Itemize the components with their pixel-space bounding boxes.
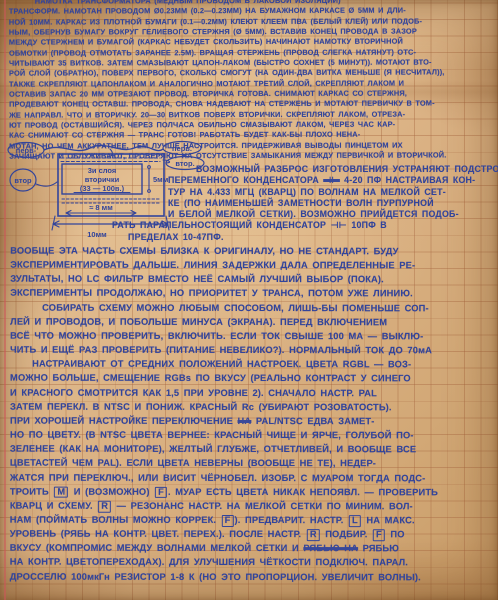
handwritten-line: ЧИТЬ И ЕЩЁ РАЗ ПРОВЕРИТЬ (ПИТАНИЕ НЕВЕЛИ…	[10, 343, 497, 358]
handwritten-line: РОЙ СЛОЙ (ОБРАТНО), ПОВЕРХ ПЕРВОГО, СКОЛ…	[9, 68, 498, 80]
crossed-out-text: РЯБЬЮ НА	[303, 543, 358, 553]
handwritten-line: НАМ (ПОЙМАТЬ ВОЛНЫ МОЖНО КОРРЕК. F). ПРЕ…	[10, 513, 497, 528]
paragraph-capacitor-tuning: ВОЗМОЖНЫЙ РАЗБРОС ИЗГОТОВЛЕНИЯ УСТРАНЯЮТ…	[112, 164, 498, 243]
handwritten-line: ВКУСУ (КОМПРОМИС МЕЖДУ ВОЛНАМИ МЕЛКОЙ СЕ…	[10, 541, 497, 556]
wire-squiggle	[44, 145, 163, 150]
handwritten-line: ВОЗМОЖНЫЙ РАЗБРОС ИЗГОТОВЛЕНИЯ УСТРАНЯЮТ…	[196, 164, 498, 175]
dim-length-label: 10мм	[87, 230, 107, 239]
handwritten-line: ПЕРЕМЕННОГО КОНДЕНСАТОРА ⊣⊢ 4-20 ПФ НАСТ…	[168, 175, 498, 186]
handwritten-line: ЗУЛЬТАТЫ, НО LC ФИЛЬТР ВМЕСТО НЕЁ САМЫЙ …	[10, 272, 497, 287]
boxed-control-letter: R	[307, 529, 320, 541]
diagram-label-primary-left: перв-	[16, 146, 37, 155]
handwritten-line: И БЕЛОЙ МЕЛКОЙ СЕТКИ). ВОЗМОЖНО ПРИЙДЕТС…	[168, 209, 498, 220]
handwritten-line: НО ПО ЦВЕТУ. (В NTSC ЦВЕТА ВЕРНЕЕ: КРАСН…	[10, 428, 497, 443]
boxed-control-letter: F	[222, 515, 234, 527]
boxed-control-letter: F	[155, 486, 167, 498]
handwritten-line: ЗАТЕМ ПЕРЕКЛ. В NTSC И ПОНИЖ. КРАСНЫЙ Rc…	[10, 399, 497, 414]
handwritten-line: ЗЕЛЕНЕЕ (КАК НА МОНИТОРЕ), ЖЕЛТЫЙ ГЛУБЖЕ…	[10, 442, 497, 457]
handwritten-line: ПРЕДЕЛАХ 10-47ПФ.	[128, 232, 498, 243]
handwritten-line: ВООБЩЕ ЭТА ЧАСТЬ СХЕМЫ БЛИЗКА К ОРИГИНАЛ…	[10, 244, 497, 259]
crossed-out-text: ⊣⊢	[323, 175, 340, 185]
margin-line	[4, 0, 6, 600]
crossed-out-text: НА	[238, 416, 252, 426]
diagram-label-secondary-left: втор	[14, 176, 32, 185]
paragraph-winding-instructions: НАМОТКА ТРАНСФОРМАТОРА (МЕДНЫМ ПРОВОДОМ …	[9, 0, 498, 162]
handwritten-line: ДРОССЕЛЮ 100мкГн РЕЗИСТОР 1-8 К (НО ЭТО …	[10, 569, 497, 584]
handwritten-line: КЕ (ПО НАИМЕНЬШЕЙ ЗАМЕТНОСТИ ВОЛН ПУРПУР…	[168, 198, 498, 209]
boxed-control-letter: L	[349, 515, 361, 527]
handwritten-line: ВСЁ ЧТО МОЖНО ПРОВЕРИТЬ, ВКЛЮЧИТЬ. ЕСЛИ …	[10, 329, 497, 344]
boxed-control-letter: F	[373, 529, 385, 541]
dim-inner-label: ≈ 8 мм	[89, 203, 113, 212]
handwritten-line: ЛЕЙ И ПРОВОДОВ, И ПОБОЛЬШЕ МИНУСА (ЭКРАН…	[10, 314, 497, 329]
boxed-control-letter: R	[98, 501, 111, 513]
handwritten-line: ЭКСПЕРИМЕНТЫ ПРОДОЛЖАЮ, НО ПРИОРИТЕТ У Т…	[10, 286, 497, 301]
boxed-control-letter: M	[54, 486, 68, 498]
handwritten-page: НАМОТКА ТРАНСФОРМАТОРА (МЕДНЫМ ПРОВОДОМ …	[0, 0, 498, 600]
handwritten-line: НА КОНТР. ЦВЕТОПЕРЕХОДАХ). ДЛЯ УЛУЧШЕНИЯ…	[10, 555, 497, 570]
handwritten-line: ЖАТСЯ ПРИ ПЕРЕКЛЮЧ., ИЛИ ВИСИТ ЧЁРНОБЕЛ.…	[10, 470, 497, 485]
handwritten-line: НАСТРАИВАЮТ ОТ СРЕДНИХ ПОЛОЖЕНИЙ НАСТРОЕ…	[10, 357, 497, 372]
diagram-label-primary-right: перв.	[172, 144, 192, 153]
handwritten-line: ТУР НА 4.433 МГЦ (КВАРЦ) ПО ВОЛНАМ НА МЕ…	[168, 187, 498, 198]
handwritten-line: И КРАСНОГО СМОТРИТСЯ КАК 1,5 ПРИ УРОВНЕ …	[10, 385, 497, 400]
handwritten-line: КВАРЦ И СХЕМУ. R — РЕЗОНАНС НАСТР. НА МЕ…	[10, 498, 497, 513]
handwritten-line: РАТЬ ПАРАЛЕЛЬНОСТОЯЩИЙ КОНДЕНСАТОР ⊣⊢ 10…	[112, 220, 498, 231]
handwritten-line: УРОВЕНЬ (РЯБЬ НА КОНТР. ЦВЕТ. ПЕРЕХ.). П…	[10, 527, 497, 542]
handwritten-line: СОБИРАТЬ СХЕМУ МОЖНО ЛЮБЫМ СПОСОБОМ, ЛИШ…	[10, 300, 497, 315]
bubble-tail	[36, 182, 57, 186]
handwritten-line: ТРОИТЬ M И (ВОЗМОЖНО) F. МУАР ЕСТЬ ЦВЕТА…	[10, 484, 497, 499]
handwritten-line: ПРИ ХОРОШЕЙ НАСТРОЙКЕ ПЕРЕКЛЮЧЕНИЕ НА PA…	[10, 413, 497, 428]
handwritten-line: ЭКСПЕРИМЕНТИРОВАТЬ ДАЛЬШЕ. ЛИНИЯ ЗАДЕРЖК…	[10, 258, 497, 273]
handwritten-line: ЦВЕТАСТЕЙ ЧЕМ PAL). ЕСЛИ ЦВЕТА НЕВЕРНЫ (…	[10, 456, 497, 471]
handwritten-line: МОЖНО БОЛЬШЕ, СМЕЩЕНИЕ RGBs ПО ВКУСУ (РЕ…	[10, 371, 497, 386]
handwritten-line: ПРОДЕВАЮТ КОНЕЦ ОСТАВШ. ПРОВОДА, СНОВА Н…	[9, 99, 498, 111]
wire-drop	[110, 149, 112, 156]
paragraph-assembly-and-adjustment: ВООБЩЕ ЭТА ЧАСТЬ СХЕМЫ БЛИЗКА К ОРИГИНАЛ…	[10, 244, 498, 585]
